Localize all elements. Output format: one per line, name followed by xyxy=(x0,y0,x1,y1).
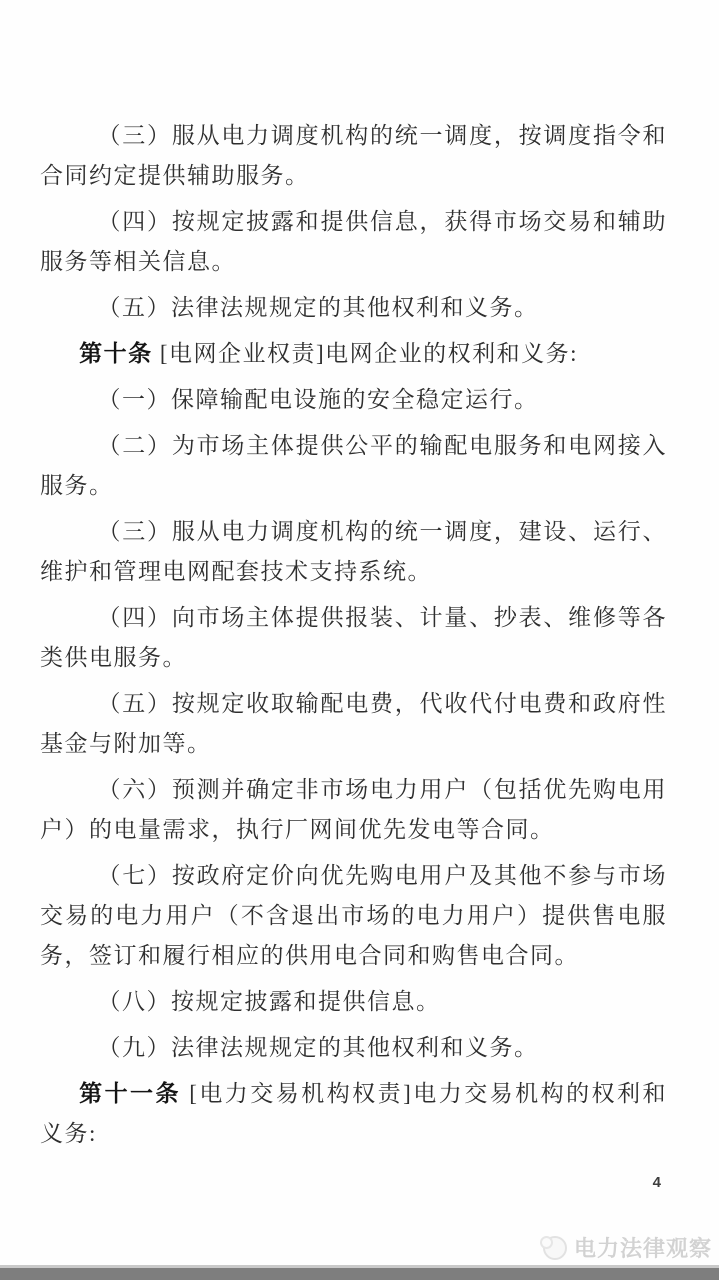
clause-paragraph: （五）按规定收取输配电费，代收代付电费和政府性基金与附加等。 xyxy=(40,684,667,764)
document-body: （三）服从电力调度机构的统一调度，按调度指令和合同约定提供辅助服务。（四）按规定… xyxy=(40,116,667,1160)
watermark-label: 电力法律观察 xyxy=(574,1232,712,1263)
clause-paragraph: （五）法律法规规定的其他权利和义务。 xyxy=(40,288,667,328)
clause-paragraph: （七）按政府定价向优先购电用户及其他不参与市场交易的电力用户（不含退出市场的电力… xyxy=(40,856,667,976)
article-heading-paragraph: 第十条 [电网企业权责]电网企业的权利和义务: xyxy=(40,334,667,374)
watermark-logo-icon xyxy=(543,1236,567,1260)
clause-paragraph: （一）保障输配电设施的安全稳定运行。 xyxy=(40,380,667,420)
article-number: 第十一条 xyxy=(79,1081,181,1106)
clause-paragraph: （二）为市场主体提供公平的输配电服务和电网接入服务。 xyxy=(40,426,667,506)
clause-paragraph: （六）预测并确定非市场电力用户（包括优先购电用户）的电量需求，执行厂网间优先发电… xyxy=(40,770,667,850)
clause-paragraph: （四）按规定披露和提供信息，获得市场交易和辅助服务等相关信息。 xyxy=(40,202,667,282)
watermark: 电力法律观察 xyxy=(543,1232,712,1263)
clause-paragraph: （三）服从电力调度机构的统一调度，建设、运行、维护和管理电网配套技术支持系统。 xyxy=(40,512,667,592)
clause-paragraph: （八）按规定披露和提供信息。 xyxy=(40,982,667,1022)
clause-paragraph: （四）向市场主体提供报装、计量、抄表、维修等各类供电服务。 xyxy=(40,598,667,678)
article-number: 第十条 xyxy=(79,341,153,366)
clause-paragraph: （九）法律法规规定的其他权利和义务。 xyxy=(40,1028,667,1068)
article-heading-paragraph: 第十一条 [电力交易机构权责]电力交易机构的权利和义务: xyxy=(40,1074,667,1154)
bottom-bar xyxy=(0,1265,719,1280)
clause-paragraph: （三）服从电力调度机构的统一调度，按调度指令和合同约定提供辅助服务。 xyxy=(40,116,667,196)
document-page: （三）服从电力调度机构的统一调度，按调度指令和合同约定提供辅助服务。（四）按规定… xyxy=(0,0,719,1280)
page-number: 4 xyxy=(653,1174,661,1191)
